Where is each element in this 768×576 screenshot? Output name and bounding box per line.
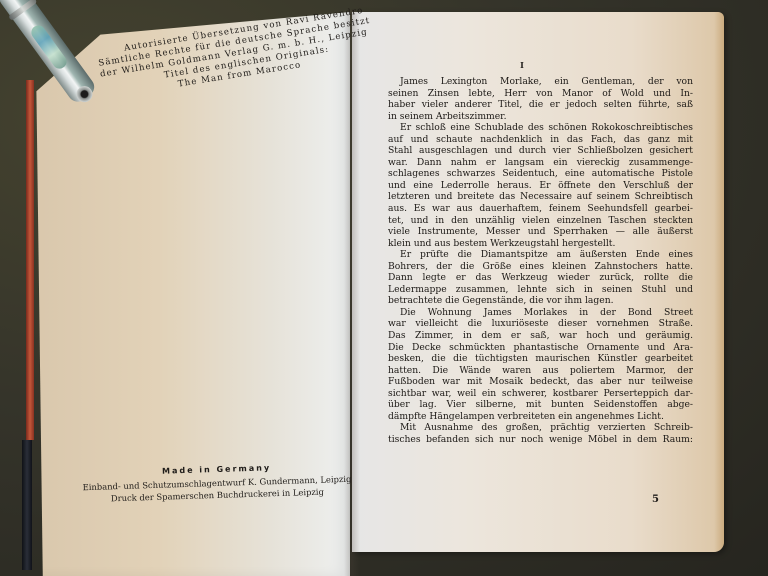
- text-line: Ledermappe zusammen, lehnte sich in sein…: [388, 284, 693, 296]
- text-line: tisches befanden sich nur noch wenige Mö…: [388, 434, 693, 446]
- text-line: Bohrers, der die Größe eines kleinen Zah…: [388, 261, 693, 273]
- text-line: sichtbar war, weil ein schwerer, kostbar…: [388, 388, 693, 400]
- text-line: tet, und in den unzählig vielen einzelne…: [388, 215, 693, 227]
- text-line: hatten. Die Wände waren aus poliertem Ma…: [388, 365, 693, 377]
- text-line: seinen Zinsen lebte, Herr von Manor of W…: [388, 88, 693, 100]
- text-line: Das Zimmer, in dem er saß, war hoch und …: [388, 330, 693, 342]
- book-spine-red: [26, 80, 34, 440]
- text-line: betrachtete die Gegenstände, die vor ihm…: [388, 295, 693, 307]
- text-line: klein und aus bestem Werkzeugstahl herge…: [388, 238, 693, 250]
- text-line: Dann legte er das Werkzeug wieder zurück…: [388, 272, 693, 284]
- text-line: haber vieler anderer Titel, die er jedoc…: [388, 99, 693, 111]
- text-line: schlagenes schwarzes Seidentuch, eine au…: [388, 168, 693, 180]
- text-line: in seinem Arbeitszimmer.: [388, 111, 693, 123]
- text-line: auf und schaute nachdenklich in das Fach…: [388, 134, 693, 146]
- text-line: über lag. Vier silberne, mit bunten Seid…: [388, 399, 693, 411]
- text-line: dämpfte Hängelampen verbreiteten ein ang…: [388, 411, 693, 423]
- text-line: aus. Es war aus dauerhaftem, feinem Seeh…: [388, 203, 693, 215]
- text-line: Mit Ausnahme des großen, prächtig verzie…: [388, 422, 693, 434]
- text-line: letzteren und breitete das Necessaire au…: [388, 191, 693, 203]
- text-line: war. Dann nahm er langsam ein viereckig …: [388, 157, 693, 169]
- text-line: Er prüfte die Diamantspitze am äußersten…: [388, 249, 693, 261]
- text-line: Die Wohnung James Morlakes in der Bond S…: [388, 307, 693, 319]
- chapter-number: I: [512, 60, 532, 70]
- text-line: war vielleicht die luxuriöseste dieser v…: [388, 318, 693, 330]
- text-line: viele Instrumente, Messer und Sperrhaken…: [388, 226, 693, 238]
- text-line: und eine Lederrolle heraus. Er öffnete d…: [388, 180, 693, 192]
- text-line: besken, die die tüchtigsten maurischen K…: [388, 353, 693, 365]
- body-text: James Lexington Morlake, ein Gentleman, …: [388, 76, 693, 446]
- text-line: James Lexington Morlake, ein Gentleman, …: [388, 76, 693, 88]
- text-line: Er schloß eine Schublade des schönen Rok…: [388, 122, 693, 134]
- text-line: Stahl ausgeschlagen und durch vier Schli…: [388, 145, 693, 157]
- book-spine-dark: [22, 440, 32, 570]
- page-number: 5: [652, 494, 659, 505]
- text-line: Die Decke schmückten phantastische Ornam…: [388, 342, 693, 354]
- text-line: Fußboden war mit Mosaik bedeckt, das abe…: [388, 376, 693, 388]
